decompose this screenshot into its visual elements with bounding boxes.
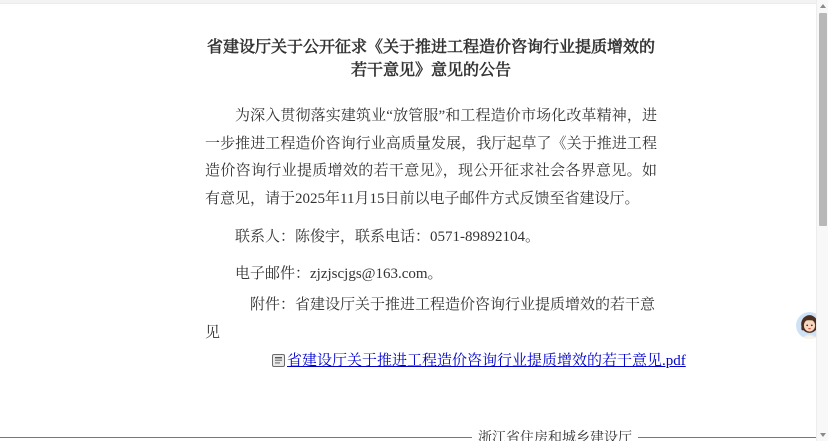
scrollbar-thumb[interactable] (819, 13, 827, 226)
file-icon (272, 353, 285, 366)
announcement-article: 省建设厅关于公开征求《关于推进工程造价咨询行业提质增效的若干意见》意见的公告 为… (205, 0, 657, 371)
attachment-link-line: 省建设厅关于推进工程造价咨询行业提质增效的若干意见.pdf (205, 351, 657, 371)
page-title: 省建设厅关于公开征求《关于推进工程造价咨询行业提质增效的若干意见》意见的公告 (207, 36, 655, 82)
footer-divider (0, 437, 817, 438)
scrollbar[interactable] (816, 0, 828, 441)
browser-viewport: 省建设厅关于公开征求《关于推进工程造价咨询行业提质增效的若干意见》意见的公告 为… (0, 0, 828, 441)
footer-signature: 浙江省住房和城乡建设厅 (472, 429, 638, 441)
contact-line: 联系人：陈俊宇，联系电话：0571-89892104。 (205, 223, 657, 251)
intro-paragraph: 为深入贯彻落实建筑业“放管服”和工程造价市场化改革精神，进一步推进工程造价咨询行… (205, 103, 657, 213)
scrollbar-down-arrow-icon[interactable] (817, 429, 828, 440)
attachment-label: 附件：省建设厅关于推进工程造价咨询行业提质增效的若干意见 (205, 291, 657, 347)
scrollbar-up-arrow-icon[interactable] (817, 1, 828, 12)
email-line: 电子邮件：zjzjscjgs@163.com。 (205, 260, 657, 288)
attachment-pdf-link[interactable]: 省建设厅关于推进工程造价咨询行业提质增效的若干意见.pdf (287, 353, 686, 369)
